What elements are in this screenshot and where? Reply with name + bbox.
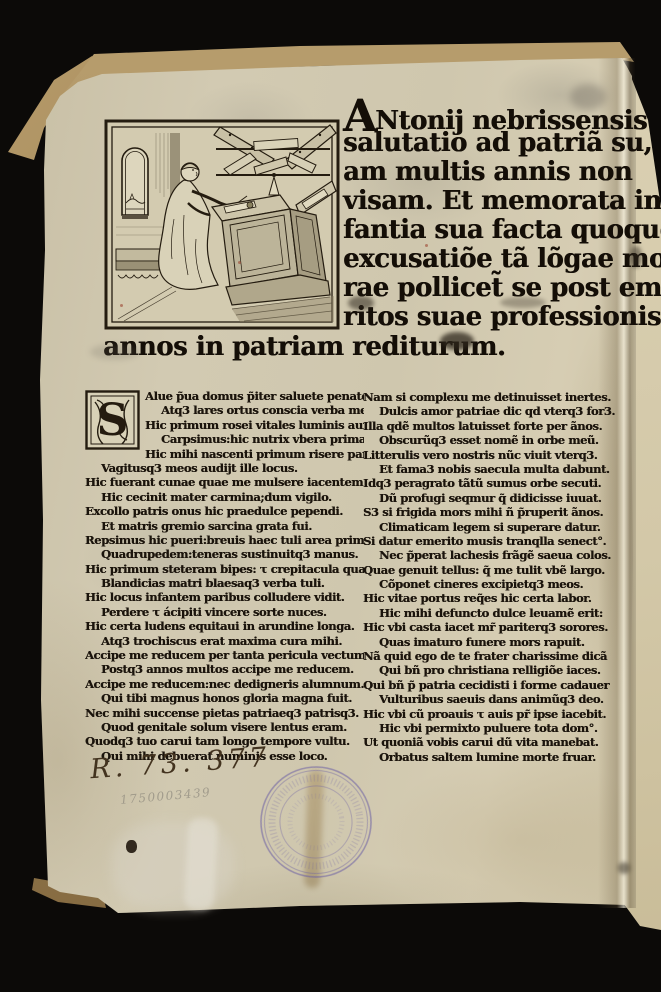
verse-line: Ut quoniã vobis carui dũ vita manebat. [363,735,642,749]
verse-line: Hic fuerant cunae quae me mulsere iacent… [85,475,364,489]
ink-smudge [90,344,140,360]
verse-line: Hic primum rosei vitales luminis auras. [85,418,364,432]
paper-scrape [184,817,219,910]
verse-line: Litterulis vero nostris nũc viuit vterq3… [363,448,642,462]
verse-line: Hic vbi casta iacet mr̃ pariterq3 sorore… [363,620,642,634]
verse-line: Nec p̃perat lachesis frãgẽ saeua colos. [363,548,642,562]
ink-smudge [440,332,474,350]
verse-line: Hic cecinit mater carmina;dum vigilo. [85,490,364,504]
arched-window [122,148,148,219]
ink-smudge [500,297,546,308]
verse-line: Atq3 trochiscus erat maxima cura mihi. [85,634,364,648]
verse-line: Illa qdẽ multos latuisset forte per ãnos… [363,419,642,433]
verse-line: Hic mihi defuncto dulce leuamẽ erit: [363,606,642,620]
verse-line: Quadrupedem:teneras sustinuitq3 manus. [85,547,364,561]
verse-line: Hic vitae portus req̃es hic certa labor. [363,591,642,605]
heading-line: am multis annis non [343,158,655,187]
ink-smudge [618,862,630,874]
verse-line: S3 si frigida mors mihi ñ p̃ruperit ãnos… [363,505,642,519]
verse-line: Hic primum steteram bipes: τ crepitacula… [85,562,364,576]
verse-line: Et matris gremio sarcina grata fui. [85,519,364,533]
verse-line: Dũ profugi seqmur q̃ didicisse iuuat. [363,491,642,505]
verse-line: Carpsimus:hic nutrix vbera prima dedit. [85,432,364,446]
verse-line: Quae genuit tellus: q̃ me tulit vbẽ larg… [363,563,642,577]
verse-line: Hic certa ludens equitaui in arundine lo… [85,619,364,633]
red-speck [238,261,241,264]
verse-line: Obscurũq3 esset nomẽ in orbe meũ. [363,433,642,447]
verse-line: Nam si complexu me detinuisset inertes. [363,390,642,404]
red-speck [120,304,123,307]
book-photo: ANtonij nebrissensis salutatio ad patriã… [0,0,661,992]
ink-smudge [348,296,374,310]
verse-line: Accipe me reducem:nec dedigneris alumnum… [85,677,364,691]
verse-line: Hic vbi permixto puluere tota dom°. [363,721,642,735]
verse-line: Qui tibi magnus honos gloria magna fuit. [85,691,364,705]
heading-line: excusatiõe tã lõgae mo [343,245,655,274]
verse-line: Qui bñ pro christiana relligiõe iaces. [363,663,642,677]
verse-line: Repsimus hic pueri:breuis haec tuli area… [85,533,364,547]
heading-line: ritos suae professionis [343,303,655,332]
verse-line: Qui bñ p̃ patria cecidisti i forme cadau… [363,678,642,692]
verse-line: Atq3 lares ortus conscia verba mei. [85,403,364,417]
ink-smudge [570,84,606,110]
verse-line: Si datur emerito musis tranqlla senect°. [363,534,642,548]
verse-line: Climaticam legem si superare datur. [363,520,642,534]
verse-line: Accipe me reducem per tanta pericula vec… [85,648,364,662]
verse-column-left: Alue p̃ua domus p̃iter saluete penates.A… [85,389,364,763]
heading-line: rae pollicet̃ se post eme [343,274,655,303]
verse-line: Vulturibus saeuis dans animũq3 deo. [363,692,642,706]
verse-line: Excollo patris onus hic praedulce pepend… [85,504,364,518]
verse-line: Cõponet cineres excipietq3 meos. [363,577,642,591]
heading-line: ANtonij nebrissensis [343,100,655,129]
verse-line: Nec mihi succense pietas patriaeq3 patri… [85,706,364,720]
woodcut-scholar-illustration [104,119,340,330]
ink-smudge [630,246,642,268]
verse-line: Alue p̃ua domus p̃iter saluete penates. [85,389,364,403]
verse-line: Vagitusq3 meos audijt ille locus. [85,461,364,475]
verse-line: Nã quid ego de te frater charissime dicã [363,649,642,663]
red-speck [425,244,428,247]
verse-line: Dulcis amor patriae dic qd vterq3 for3. [363,404,642,418]
verse-line: Quas imaturo funere mors rapuit. [363,635,642,649]
verse-line: Postq3 annos multos accipe me reducem. [85,662,364,676]
wormhole [126,840,137,853]
title-heading: ANtonij nebrissensis salutatio ad patriã… [343,100,655,332]
verse-line: Hic mihi nascenti primum risere parentes… [85,447,364,461]
heading-initial-A: A [343,91,375,142]
verse-line: Hic vbi cũ proauis τ auis pr̃ ipse iaceb… [363,707,642,721]
library-stamp [250,756,382,888]
heading-line: salutatio ad patriã su, [343,129,655,158]
verse-column-right: Nam si complexu me detinuisset inertes.D… [363,390,642,764]
verse-line: Hic locus infantem paribus colludere vid… [85,590,364,604]
verse-line: Quod genitale solum visere lentus eram. [85,720,364,734]
verse-line: Perdere τ ácipiti vincere sorte nuces. [85,605,364,619]
verse-line: Idq3 peragrato tãtũ sumus orbe secuti. [363,476,642,490]
verse-line: Orbatus saltem lumine morte fruar. [363,750,642,764]
verse-line: Blandicias matri blaesaq3 verba tuli. [85,576,364,590]
heading-lines: salutatio ad patriã su,am multis annis n… [343,129,655,332]
verse-line: Et fama3 nobis saecula multa dabunt. [363,462,642,476]
heading-line: visam. Et memorata in [343,187,655,216]
heading-line: fantia sua facta quoque [343,216,655,245]
